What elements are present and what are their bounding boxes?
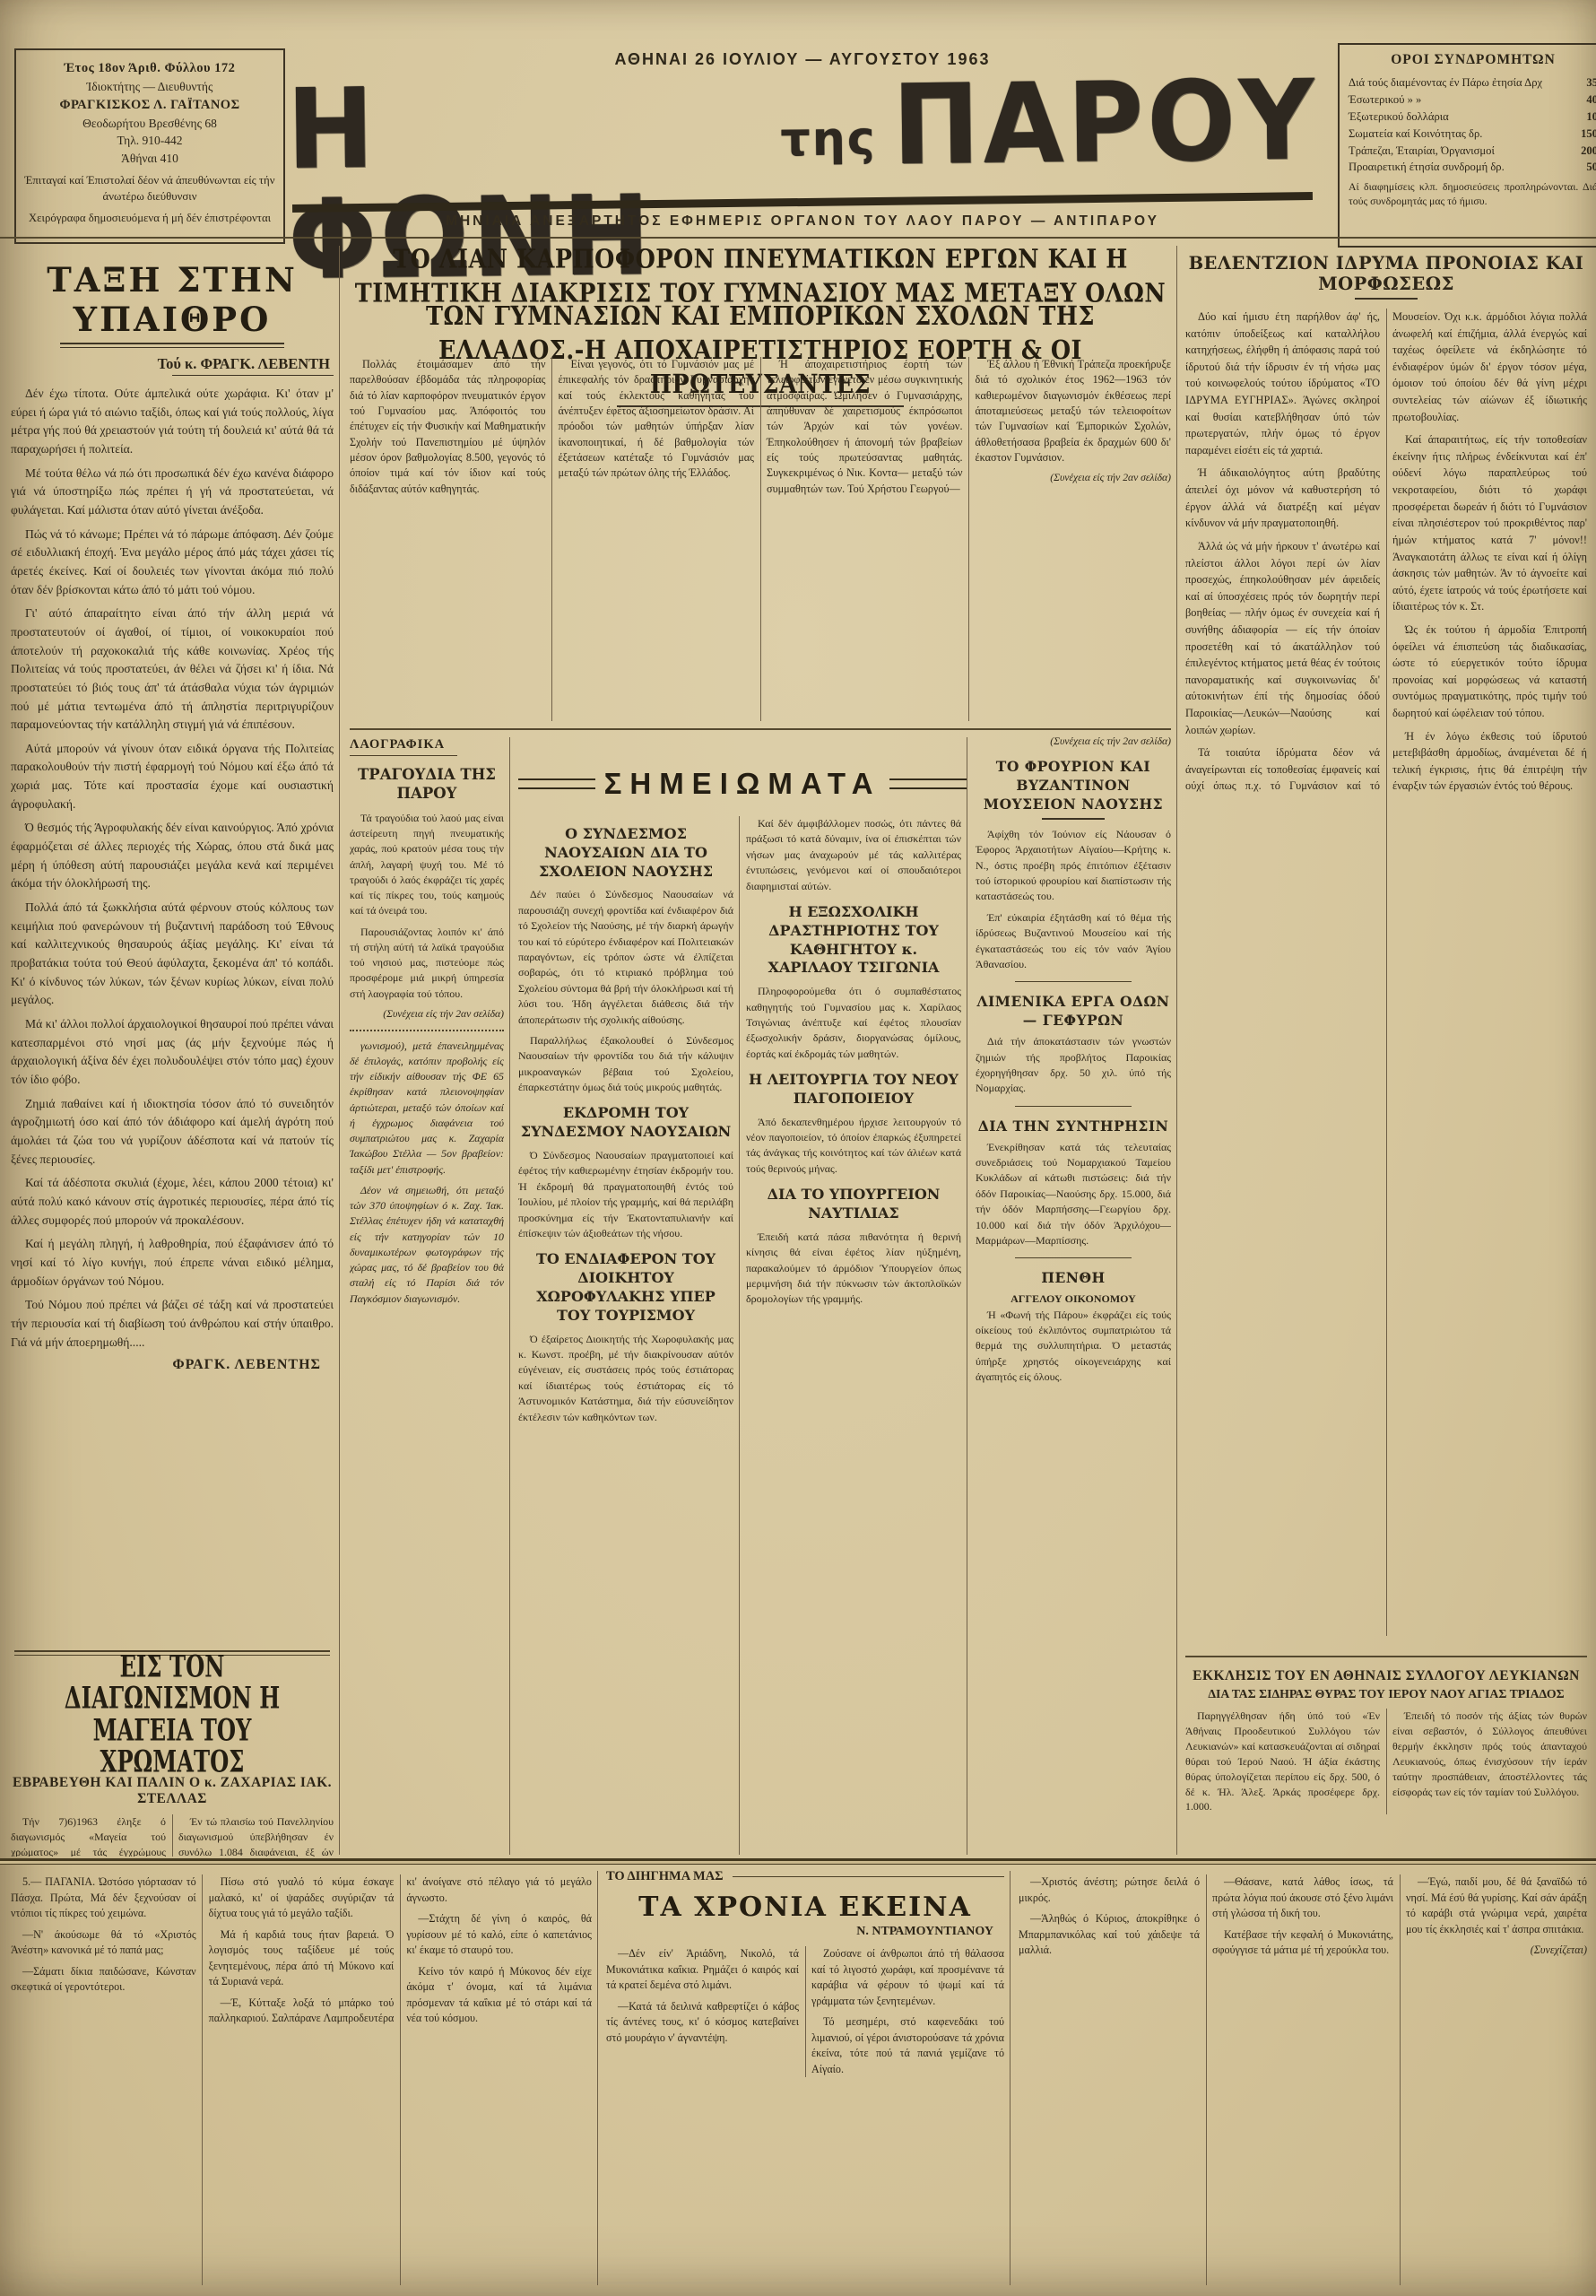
owner-label: Ίδιοκτήτης — Διευθυντής — [23, 78, 276, 96]
terms-note: Αί διαφημίσεις κλπ. δημοσιεύσεις προπληρ… — [1349, 180, 1596, 208]
city: Άθήναι 410 — [23, 150, 276, 168]
note-headline: ΤΟ ΕΝΔΙΑΦΕΡΟΝ ΤΟΥ ΔΙΟΙΚΗΤΟΥ ΧΩΡΟΦΥΛΑΚΗΣ … — [518, 1250, 733, 1325]
section-divider — [350, 728, 1171, 730]
article-taxi-stin-ypaithro: ΤΑΞΗ ΣΤΗΝ ΥΠΑΙΘΡΟ Τού κ. ΦΡΑΓΚ. ΛΕΒΕΝΤΗ … — [11, 246, 334, 1641]
notes-column-1: Ο ΣΥΝΔΕΣΜΟΣ ΝΑΟΥΣΑΙΩΝ ΔΙΑ ΤΟ ΣΧΟΛΕΙΟΝ ΝΑ… — [518, 816, 733, 1855]
frourion-headline: ΤΟ ΦΡΟΥΡΙΟΝ ΚΑΙ ΒΥΖΑΝΤΙΝΟΝ ΜΟΥΣΕΙΟΝ ΝΑΟΥ… — [976, 758, 1171, 814]
bottom-left-story: 5.— ΠΑΓΑΝΙΑ. Ώστόσο γιόρτασαν τό Πάσχα. … — [11, 1874, 592, 2285]
simeiomata-title: ΣΗΜΕΙΩΜΑΤΑ — [604, 767, 881, 801]
penthi-headline: ΠΕΝΘΗ — [976, 1269, 1171, 1288]
story-body: —Δέν είν' Άριάδνη, Νικολό, τά Μυκονιάτικ… — [606, 1946, 1004, 2077]
dotted-divider — [350, 1030, 504, 1031]
terms-row: Έσωτερικού » »40 — [1349, 91, 1596, 109]
frourion-body: Άφίχθη τόν Ίούνιον είς Νάουσαν ό Έφορος … — [976, 827, 1171, 973]
ekklisis-headline-line1: ΕΚΚΛΗΣΙΣ ΤΟΥ ΕΝ ΑΘΗΝΑΙΣ ΣΥΛΛΟΓΟΥ ΛΕΥΚΙΑΝ… — [1185, 1668, 1587, 1684]
article-ekklisis-leukianon: ΕΚΚΛΗΣΙΣ ΤΟΥ ΕΝ ΑΘΗΝΑΙΣ ΣΥΛΛΟΓΟΥ ΛΕΥΚΙΑΝ… — [1185, 1665, 1587, 1855]
story-byline: Ν. ΝΤΡΑΜΟΥΝΤΙΑΝΟΥ — [606, 1925, 993, 1939]
owner-name: ΦΡΑΓΚΙΣΚΟΣ Λ. ΓΑΪΤΑΝΟΣ — [23, 96, 276, 115]
column-rule — [1176, 246, 1177, 1855]
banner-rule-right — [889, 778, 967, 789]
penthi-body: Ή «Φωνή τής Πάρου» έκφράζει είς τούς οίκ… — [976, 1308, 1171, 1386]
laog-headline: ΤΡΑΓΟΥΔΙΑ ΤΗΣ ΠΑΡΟΥ — [350, 765, 504, 804]
masthead-word-tis: της — [780, 116, 877, 163]
contest-body: Τήν 7)6)1963 έληξε ό διαγωνισμός «Μαγεία… — [11, 1814, 334, 1857]
column-rule — [739, 816, 740, 1855]
syntirisin-body: Ένεκρίθησαν κατά τάς τελευταίας συνεδριά… — [976, 1140, 1171, 1249]
simeiomata-banner: ΣΗΜΕΙΩΜΑΤΑ — [518, 759, 967, 809]
newspaper-front-page: Έτος 18ον Άριθ. Φύλλου 172 Ίδιοκτήτης — … — [0, 0, 1596, 2296]
note-headline: Ο ΣΥΝΔΕΣΜΟΣ ΝΑΟΥΣΑΙΩΝ ΔΙΑ ΤΟ ΣΧΟΛΕΙΟΝ ΝΑ… — [518, 825, 733, 881]
terms-row: Προαιρετική έτησία συνδρομή δρ.50 — [1349, 159, 1596, 176]
masthead-word-parou: ΠΑΡΟΥ — [892, 66, 1319, 182]
terms-row: Διά τούς διαμένοντας έν Πάρω ἐτησία Δρχ3… — [1349, 74, 1596, 91]
mail-notice: Έπιταγαί καί Έπιστολαί δέον νά άπευθύνων… — [23, 173, 276, 204]
section-rule — [1015, 1106, 1132, 1107]
section-rule — [1015, 1257, 1132, 1258]
note-body: Έπειδή κατά πάσα πιθανότητα ή θερινή κίν… — [746, 1230, 961, 1308]
continuation-note: (Συνεχίζεται) — [1406, 1943, 1587, 1959]
bottom-right-story: —Χριστός άνέστη; ρώτησε δειλά ό μικρός. … — [1019, 1874, 1587, 2285]
column-rule — [597, 1871, 598, 2285]
velentzion-body: Δύο καί ήμισυ έτη παρήλθον άφ' ής, κατόπ… — [1185, 309, 1587, 1636]
section-divider — [1185, 1656, 1587, 1657]
note-body: Ό Σύνδεσμος Ναουσαίων πραγματοποιεί καί … — [518, 1148, 733, 1241]
syntirisin-headline: ΔΙΑ ΤΗΝ ΣΥΝΤΗΡΗΣΙΝ — [976, 1118, 1171, 1136]
note-continuation: Καί δέν άμφιβάλλομεν ποσώς, ότι πάντες θ… — [746, 816, 961, 894]
phone: Τηλ. 910-442 — [23, 132, 276, 150]
terms-row: Έξωτερικού δολλάρια10 — [1349, 109, 1596, 126]
article-gymnasium-headline: ΤΟ ΛΙΑΝ ΚΑΡΠΟΦΟΡΟΝ ΠΝΕΥΜΑΤΙΚΩΝ ΕΡΓΩΝ ΚΑΙ… — [350, 248, 1171, 350]
mid-right-column: (Συνέχεια είς τήν 2αν σελίδα) ΤΟ ΦΡΟΥΡΙΟ… — [976, 735, 1171, 1855]
velentzion-headline: ΒΕΛΕΝΤΖΙΟΝ ΙΔΡΥΜΑ ΠΡΟΝΟΙΑΣ ΚΑΙ ΜΟΡΦΩΣΕΩΣ — [1185, 253, 1587, 294]
ekklisis-body: Παρηγγέλθησαν ήδη ύπό τού «Έν Άθήναις Πρ… — [1185, 1709, 1587, 1814]
headline-rule — [1355, 298, 1418, 300]
headline-rule — [1042, 818, 1105, 820]
ekklisis-headline-line2: ΔΙΑ ΤΑΣ ΣΙΔΗΡΑΣ ΘΥΡΑΣ ΤΟΥ ΙΕΡΟΥ ΝΑΟΥ ΑΓΙ… — [1185, 1687, 1587, 1701]
contest-headline: ΕΒΡΑΒΕΥΘΗ ΚΑΙ ΠΑΛΙΝ Ο κ. ΖΑΧΑΡΙΑΣ ΙΑΚ. Σ… — [11, 1775, 334, 1807]
laog-body: Τά τραγούδια τού λαού μας είναι άστείρευ… — [350, 811, 504, 1022]
headline-rule — [60, 343, 284, 348]
note-body: Πληροφορούμεθα ότι ό συμπαθέστατος καθηγ… — [746, 984, 961, 1062]
lead-body: Δέν έχω τίποτα. Ούτε άμπελικά ούτε χωράφ… — [11, 385, 334, 1352]
article-photo-contest: ΕΙΣ ΤΟΝ ΔΙΑΓΩΝΙΣΜΟΝ Η ΜΑΓΕΙΑ ΤΟΥ ΧΡΩΜΑΤΟ… — [11, 1650, 334, 1857]
continuation-note: (Συνέχεια είς τήν 2αν σελίδα) — [976, 471, 1172, 485]
terms-title: ΟΡΟΙ ΣΥΝΔΡΟΜΗΤΩΝ — [1349, 52, 1596, 68]
terms-row: Σωματεία καί Κοινότητας δρ.150 — [1349, 126, 1596, 143]
lead-headline: ΤΑΞΗ ΣΤΗΝ ΥΠΑΙΘΡΟ — [11, 260, 334, 339]
banner-rule-left — [518, 778, 595, 789]
masthead-title: Η ΦΩΝΗ της ΠΑΡΟΥ — [286, 69, 1319, 200]
note-body: Δέν παύει ό Σύνδεσμος Ναουσαίων νά παρου… — [518, 887, 733, 1095]
label-rule — [350, 755, 457, 756]
note-headline: ΔΙΑ ΤΟ ΥΠΟΥΡΓΕΙΟΝ ΝΑΥΤΙΛΙΑΣ — [746, 1186, 961, 1223]
note-body: Άπό δεκαπενθημέρου ήρχισε λειτουργούν τό… — [746, 1115, 961, 1178]
serialized-story: ΤΟ ΔΙΗΓΗΜΑ ΜΑΣ ΤΑ ΧΡΟΝΙΑ ΕΚΕΙΝΑ Ν. ΝΤΡΑΜ… — [606, 1869, 1004, 2287]
lead-byline: Τού κ. ΦΡΑΓΚ. ΛΕΒΕΝΤΗ — [11, 355, 334, 373]
column-rule — [967, 737, 967, 1855]
column-rule — [339, 246, 340, 1855]
subscription-terms-box: ΟΡΟΙ ΣΥΝΔΡΟΜΗΤΩΝ Διά τούς διαμένοντας έν… — [1338, 43, 1596, 248]
label-rule — [733, 1876, 1004, 1877]
header-divider — [0, 237, 1596, 239]
owner-address: Θεοδωρήτου Βρεσθένης 68 — [23, 115, 276, 133]
article-velentzion: ΒΕΛΕΝΤΖΙΟΝ ΙΔΡΥΜΑ ΠΡΟΝΟΙΑΣ ΚΑΙ ΜΟΡΦΩΣΕΩΣ… — [1185, 246, 1587, 1648]
notes-column-2: Καί δέν άμφιβάλλομεν ποσώς, ότι πάντες θ… — [746, 816, 961, 1855]
limenika-body: Διά τήν άποκατάστασιν τών γνωστών ζημιών… — [976, 1034, 1171, 1097]
masthead-subtitle: ΜΗΝΙΑΙΑ ΑΝΕΞΑΡΤΗΤΟΣ ΕΦΗΜΕΡΙΣ ΟΡΓΑΝΟΝ ΤΟΥ… — [287, 213, 1318, 230]
note-headline: Η ΛΕΙΤΟΥΡΓΙΑ ΤΟΥ ΝΕΟΥ ΠΑΓΟΠΟΙΕΙΟΥ — [746, 1071, 961, 1109]
penthi-name: ΑΓΓΕΛΟΥ ΟΙΚΟΝΟΜΟΥ — [976, 1291, 1171, 1307]
note-headline: Η ΕΞΩΣΧΟΛΙΚΗ ΔΡΑΣΤΗΡΙΟΤΗΣ ΤΟΥ ΚΑΘΗΓΗΤΟΥ … — [746, 903, 961, 978]
lead-signature: ΦΡΑΓΚ. ΛΕΒΕΝΤΗΣ — [11, 1357, 334, 1373]
issue-number: Έτος 18ον Άριθ. Φύλλου 172 — [23, 59, 276, 78]
publisher-info-box: Έτος 18ον Άριθ. Φύλλου 172 Ίδιοκτήτης — … — [14, 48, 285, 244]
column-rule — [1010, 1871, 1011, 2285]
note-headline: ΕΚΔΡΟΜΗ ΤΟΥ ΣΥΝΔΕΣΜΟΥ ΝΑΟΥΣΑΙΩΝ — [518, 1104, 733, 1142]
column-rule — [509, 737, 510, 1855]
manuscripts-notice: Χειρόγραφα δημοσιευόμενα ή μή δέν έπιστρ… — [23, 211, 276, 226]
contest-kicker: ΕΙΣ ΤΟΝ ΔΙΑΓΩΝΙΣΜΟΝ Η ΜΑΓΕΙΑ ΤΟΥ ΧΡΩΜΑΤΟ… — [27, 1652, 317, 1779]
contest-continuation: γωνισμού), μετά έπανειλημμένας δέ έπιλογ… — [350, 1039, 504, 1307]
bottom-band-divider — [0, 1858, 1596, 1861]
limenika-headline: ΛΙΜΕΝΙΚΑ ΕΡΓΑ ΟΔΩΝ — ΓΕΦΥΡΩΝ — [976, 993, 1171, 1031]
continuation-note: (Συνέχεια είς τήν 2αν σελίδα) — [350, 1007, 504, 1022]
section-rule — [1015, 981, 1132, 982]
section-label: ΛΑΟΓΡΑΦΙΚΑ — [350, 737, 504, 752]
note-body: Ό έξαίρετος Διοικητής τής Χωροφυλακής μα… — [518, 1332, 733, 1425]
article-tragoudia-tis-parou: ΛΑΟΓΡΑΦΙΚΑ ΤΡΑΓΟΥΔΙΑ ΤΗΣ ΠΑΡΟΥ Τά τραγού… — [350, 737, 504, 1855]
terms-row: Τράπεζαι, Έταιρίαι, Όργανισμοί200 — [1349, 143, 1596, 160]
byline-rule — [172, 375, 334, 376]
story-header: ΤΟ ΔΙΗΓΗΜΑ ΜΑΣ — [606, 1869, 1004, 1884]
story-headline: ΤΑ ΧΡΟΝΙΑ ΕΚΕΙΝΑ — [606, 1892, 1004, 1923]
continuation-note: (Συνέχεια είς τήν 2αν σελίδα) — [976, 735, 1171, 747]
gym-article-body: Πολλάς έτοιμάσαμεν άπό τήν παρελθούσαν έ… — [350, 357, 1171, 721]
story-label: ΤΟ ΔΙΗΓΗΜΑ ΜΑΣ — [606, 1869, 724, 1884]
